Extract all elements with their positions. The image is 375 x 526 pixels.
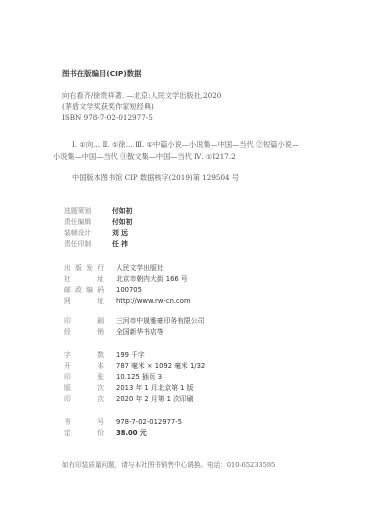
isbn-row: 书 号 978-7-02-012977-5 bbox=[64, 417, 182, 427]
edition-row: 版 次 2013 年 1 月北京第 1 版 bbox=[64, 383, 194, 393]
label-char: 本 bbox=[97, 361, 104, 371]
credit-label: 装帧设计 bbox=[64, 228, 104, 238]
sheets-row: 印 张 10.125 插页 3 bbox=[64, 372, 162, 382]
credit-value: 刘 远 bbox=[112, 228, 128, 238]
publisher-name: 人民文学出版社 bbox=[116, 263, 164, 273]
cip-classification-line-1: Ⅰ. ①向… Ⅱ. ①徐… Ⅲ. ①中篇小说—小说集—中国—当代 ②短篇小说— bbox=[72, 140, 299, 150]
word-count-value: 199 千字 bbox=[116, 350, 145, 360]
sheets-label: 印 张 bbox=[64, 372, 104, 382]
edition-value: 2013 年 1 月北京第 1 版 bbox=[116, 383, 194, 393]
distributor-label: 经 销 bbox=[64, 327, 104, 337]
isbn-label: 书 号 bbox=[64, 417, 104, 427]
label-char: 发 bbox=[86, 263, 93, 273]
label-char: 经 bbox=[64, 327, 71, 337]
price-row: 定 价 38.00 元 bbox=[64, 428, 147, 438]
label-char: 数 bbox=[97, 350, 104, 360]
label-char: 址 bbox=[97, 296, 104, 306]
publisher-row: 出 版 发 行 人民文学出版社 bbox=[64, 263, 164, 273]
label-char: 码 bbox=[97, 285, 104, 295]
publisher-label: 出 版 发 行 bbox=[64, 263, 104, 273]
address-value: 北京市朝内大街 166 号 bbox=[116, 274, 188, 284]
label-char: 邮 bbox=[64, 285, 71, 295]
impression-label: 印 次 bbox=[64, 394, 104, 404]
format-value: 787 毫米 × 1092 毫米 1/32 bbox=[116, 361, 205, 371]
label-char: 印 bbox=[64, 372, 71, 382]
label-char: 行 bbox=[97, 263, 104, 273]
label-char: 印 bbox=[64, 394, 71, 404]
website-label: 网 址 bbox=[64, 296, 104, 306]
label-char: 开 bbox=[64, 361, 71, 371]
label-char: 价 bbox=[97, 428, 104, 438]
address-label: 社 址 bbox=[64, 274, 104, 284]
isbn-value: 978-7-02-012977-5 bbox=[116, 417, 182, 427]
label-char: 刷 bbox=[97, 316, 104, 326]
cip-classification-line-2: 小说集—中国—当代 ③散文集—中国—当代 Ⅳ. ①I217.2 bbox=[53, 152, 236, 162]
credit-row: 选题策划 付如初 bbox=[64, 206, 132, 216]
printer-value: 三河市中晟雅豪印务有限公司 bbox=[116, 316, 204, 326]
label-char: 书 bbox=[64, 417, 71, 427]
credit-row: 责任印制 任 祎 bbox=[64, 239, 128, 249]
printer-row: 印 刷 三河市中晟雅豪印务有限公司 bbox=[64, 316, 204, 326]
label-char: 号 bbox=[97, 417, 104, 427]
credit-label: 责任印制 bbox=[64, 239, 104, 249]
label-char: 销 bbox=[97, 327, 104, 337]
label-char: 版 bbox=[64, 383, 71, 393]
label-char: 字 bbox=[64, 350, 71, 360]
printer-label: 印 刷 bbox=[64, 316, 104, 326]
price-label: 定 价 bbox=[64, 428, 104, 438]
label-char: 版 bbox=[75, 263, 82, 273]
impression-value: 2020 年 2 月第 1 次印刷 bbox=[116, 394, 194, 404]
label-char: 张 bbox=[97, 372, 104, 382]
format-label: 开 本 bbox=[64, 361, 104, 371]
postcode-label: 邮 政 编 码 bbox=[64, 285, 104, 295]
edition-label: 版 次 bbox=[64, 383, 104, 393]
format-row: 开 本 787 毫米 × 1092 毫米 1/32 bbox=[64, 361, 205, 371]
label-char: 网 bbox=[64, 296, 71, 306]
credit-label: 选题策划 bbox=[64, 206, 104, 216]
label-char: 址 bbox=[97, 274, 104, 284]
distributor-row: 经 销 全国新华书店等 bbox=[64, 327, 164, 337]
label-char: 次 bbox=[97, 383, 104, 393]
credit-row: 装帧设计 刘 远 bbox=[64, 228, 128, 238]
word-count-row: 字 数 199 千字 bbox=[64, 350, 145, 360]
cip-series-line: (茅盾文学奖获奖作家短经典) bbox=[62, 102, 154, 112]
label-char: 编 bbox=[86, 285, 93, 295]
label-char: 定 bbox=[64, 428, 71, 438]
label-char: 次 bbox=[97, 394, 104, 404]
impression-row: 印 次 2020 年 2 月第 1 次印刷 bbox=[64, 394, 194, 404]
cip-title: 图书在版编目(CIP)数据 bbox=[62, 68, 141, 79]
postcode-row: 邮 政 编 码 100705 bbox=[64, 285, 142, 295]
label-char: 印 bbox=[64, 316, 71, 326]
label-char: 社 bbox=[64, 274, 71, 284]
label-char: 出 bbox=[64, 263, 71, 273]
website-link[interactable]: http://www.rw-cn.com bbox=[116, 296, 191, 306]
address-row: 社 址 北京市朝内大街 166 号 bbox=[64, 274, 188, 284]
copyright-page: 图书在版编目(CIP)数据 向右看齐/徐贵祥著. —北京:人民文学出版社,202… bbox=[0, 0, 375, 526]
credit-value: 付如初 bbox=[112, 206, 132, 216]
website-row: 网 址 http://www.rw-cn.com bbox=[64, 296, 191, 306]
distributor-value: 全国新华书店等 bbox=[116, 327, 164, 337]
postcode-value: 100705 bbox=[116, 285, 142, 295]
cip-isbn-line: ISBN 978-7-02-012977-5 bbox=[62, 113, 153, 123]
price-value: 38.00 元 bbox=[116, 428, 147, 438]
credit-row: 责任编辑 付如初 bbox=[64, 217, 132, 227]
quality-notice: 如有印装质量问题，请与本社图书销售中心调换。电话：010-65233595 bbox=[62, 459, 275, 469]
cip-bibliographic-line: 向右看齐/徐贵祥著. —北京:人民文学出版社,2020 bbox=[62, 91, 221, 101]
cip-note: 中国版本图书馆 CIP 数据核字(2019)第 129504 号 bbox=[72, 173, 239, 183]
word-count-label: 字 数 bbox=[64, 350, 104, 360]
credit-label: 责任编辑 bbox=[64, 217, 104, 227]
sheets-value: 10.125 插页 3 bbox=[116, 372, 162, 382]
label-char: 政 bbox=[75, 285, 82, 295]
credit-value: 付如初 bbox=[112, 217, 132, 227]
credit-value: 任 祎 bbox=[112, 239, 128, 249]
